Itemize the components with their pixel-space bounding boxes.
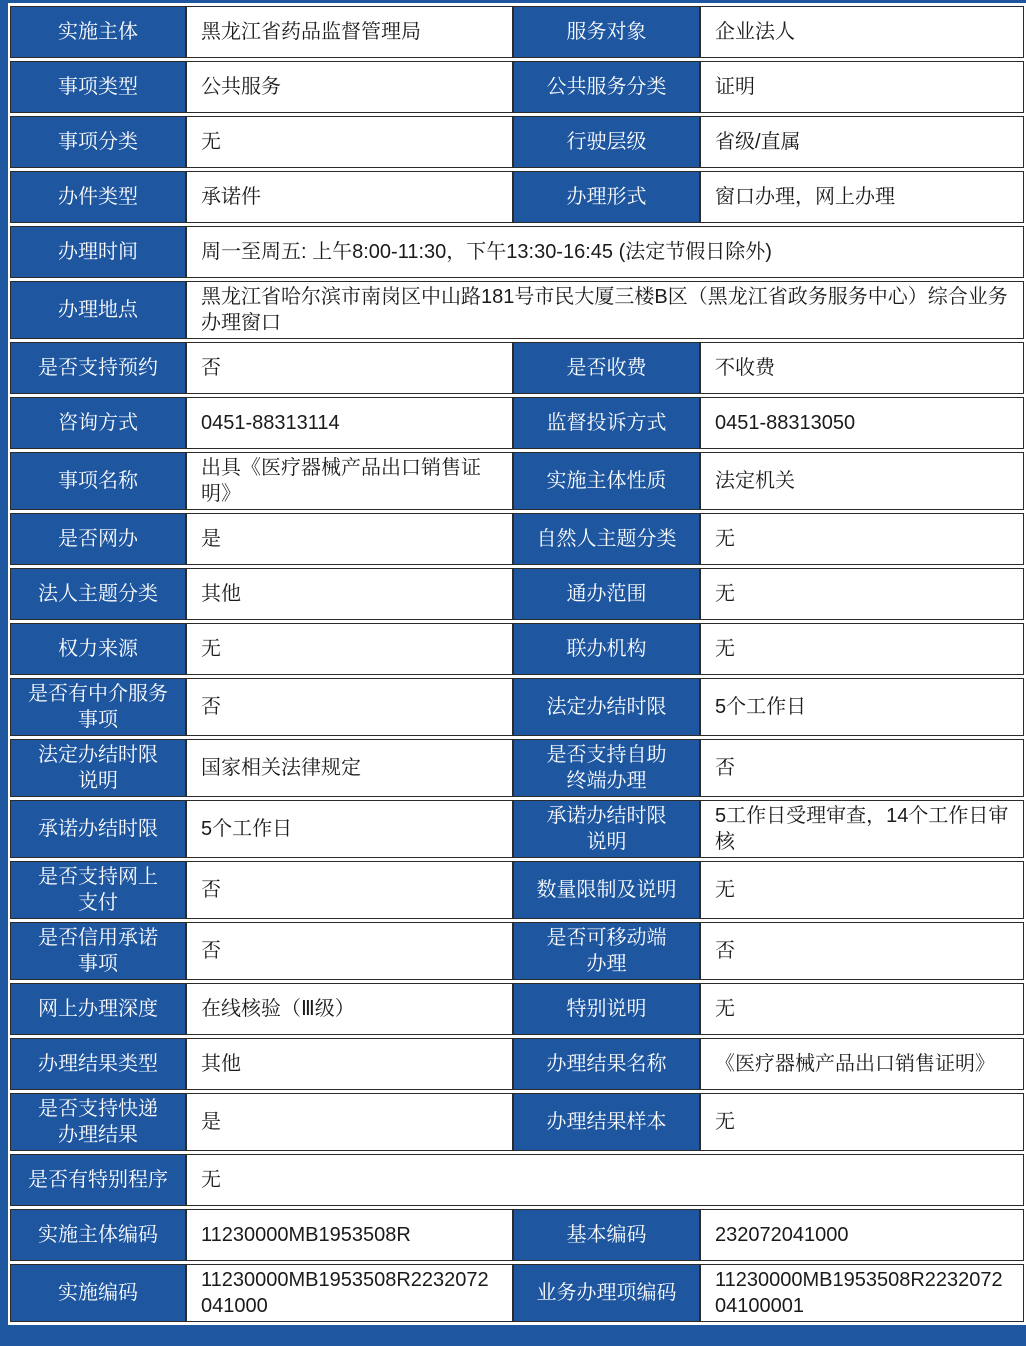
field-label: 咨询方式 [10,397,186,449]
field-value: 5个工作日 [186,800,513,858]
field-label: 办件类型 [10,171,186,223]
field-value: 无 [700,1093,1024,1151]
field-value: 否 [186,922,513,980]
field-label: 自然人主题分类 [513,513,700,565]
field-label: 法定办结时限 [513,678,700,736]
table-row: 是否支持快递 办理结果是办理结果样本无 [10,1093,1024,1151]
field-label: 特别说明 [513,983,700,1035]
table-row: 是否有中介服务 事项否法定办结时限5个工作日 [10,678,1024,736]
field-value: 11230000MB1953508R2232072041000 [186,1264,513,1322]
field-label: 办理结果样本 [513,1093,700,1151]
field-label: 行驶层级 [513,116,700,168]
field-label: 实施主体性质 [513,452,700,510]
field-value: 在线核验（Ⅲ级） [186,983,513,1035]
field-label: 公共服务分类 [513,61,700,113]
field-label: 实施主体编码 [10,1209,186,1261]
table-row: 事项名称出具《医疗器械产品出口销售证明》实施主体性质法定机关 [10,452,1024,510]
field-label: 实施编码 [10,1264,186,1322]
field-value: 11230000MB1953508R [186,1209,513,1261]
table-row: 是否支持预约否是否收费不收费 [10,342,1024,394]
field-value: 省级/直属 [700,116,1024,168]
field-label: 办理结果名称 [513,1038,700,1090]
field-value: 0451-88313114 [186,397,513,449]
field-label: 监督投诉方式 [513,397,700,449]
table-row: 法人主题分类其他通办范围无 [10,568,1024,620]
field-value: 无 [700,513,1024,565]
table-row: 事项类型公共服务公共服务分类证明 [10,61,1024,113]
field-label: 业务办理项编码 [513,1264,700,1322]
field-label: 事项名称 [10,452,186,510]
field-value: 无 [186,623,513,675]
table-row: 办理地点黑龙江省哈尔滨市南岗区中山路181号市民大厦三楼B区（黑龙江省政务服务中… [10,281,1024,339]
field-label: 是否支持自助 终端办理 [513,739,700,797]
field-value: 232072041000 [700,1209,1024,1261]
field-label: 是否有中介服务 事项 [10,678,186,736]
field-label: 是否支持快递 办理结果 [10,1093,186,1151]
field-label: 是否支持预约 [10,342,186,394]
field-value: 其他 [186,1038,513,1090]
field-value: 企业法人 [700,6,1024,58]
field-value: 无 [186,116,513,168]
table-row: 实施编码11230000MB1953508R2232072041000业务办理项… [10,1264,1024,1322]
field-value: 公共服务 [186,61,513,113]
field-label: 基本编码 [513,1209,700,1261]
field-value: 否 [186,678,513,736]
field-value: 承诺件 [186,171,513,223]
table-row: 承诺办结时限5个工作日承诺办结时限 说明5工作日受理审查，14个工作日审核 [10,800,1024,858]
field-label: 实施主体 [10,6,186,58]
field-value: 5工作日受理审查，14个工作日审核 [700,800,1024,858]
field-label: 办理地点 [10,281,186,339]
field-label: 是否收费 [513,342,700,394]
field-label: 数量限制及说明 [513,861,700,919]
field-value: 无 [186,1154,1024,1206]
field-value: 法定机关 [700,452,1024,510]
field-label: 网上办理深度 [10,983,186,1035]
field-value: 否 [700,922,1024,980]
table-row: 是否信用承诺 事项否是否可移动端 办理否 [10,922,1024,980]
field-label: 办理时间 [10,226,186,278]
field-label: 联办机构 [513,623,700,675]
field-label: 法定办结时限 说明 [10,739,186,797]
table-row: 实施主体黑龙江省药品监督管理局服务对象企业法人 [10,6,1024,58]
table-row: 网上办理深度在线核验（Ⅲ级）特别说明无 [10,983,1024,1035]
field-label: 是否支持网上 支付 [10,861,186,919]
table-body: 实施主体黑龙江省药品监督管理局服务对象企业法人事项类型公共服务公共服务分类证明事… [10,6,1024,1322]
field-label: 事项类型 [10,61,186,113]
field-label: 是否网办 [10,513,186,565]
field-value: 周一至周五: 上午8:00-11:30，下午13:30-16:45 (法定节假日… [186,226,1024,278]
table-row: 是否网办是自然人主题分类无 [10,513,1024,565]
table-row: 事项分类无行驶层级省级/直属 [10,116,1024,168]
field-label: 法人主题分类 [10,568,186,620]
field-value: 是 [186,513,513,565]
field-value: 否 [186,861,513,919]
field-label: 办理结果类型 [10,1038,186,1090]
table-row: 是否有特别程序无 [10,1154,1024,1206]
field-value: 无 [700,568,1024,620]
field-label: 办理形式 [513,171,700,223]
field-value: 11230000MB1953508R223207204100001 [700,1264,1024,1322]
field-label: 承诺办结时限 说明 [513,800,700,858]
table-row: 办理结果类型其他办理结果名称《医疗器械产品出口销售证明》 [10,1038,1024,1090]
field-value: 5个工作日 [700,678,1024,736]
field-value: 是 [186,1093,513,1151]
field-value: 0451-88313050 [700,397,1024,449]
table-row: 实施主体编码11230000MB1953508R基本编码232072041000 [10,1209,1024,1261]
field-label: 权力来源 [10,623,186,675]
field-value: 《医疗器械产品出口销售证明》 [700,1038,1024,1090]
field-value: 无 [700,623,1024,675]
field-value: 国家相关法律规定 [186,739,513,797]
field-value: 黑龙江省哈尔滨市南岗区中山路181号市民大厦三楼B区（黑龙江省政务服务中心）综合… [186,281,1024,339]
field-value: 证明 [700,61,1024,113]
table-row: 办理时间周一至周五: 上午8:00-11:30，下午13:30-16:45 (法… [10,226,1024,278]
field-label: 承诺办结时限 [10,800,186,858]
field-value: 无 [700,861,1024,919]
field-value: 否 [186,342,513,394]
table-row: 咨询方式0451-88313114监督投诉方式0451-88313050 [10,397,1024,449]
service-info-table: 实施主体黑龙江省药品监督管理局服务对象企业法人事项类型公共服务公共服务分类证明事… [8,3,1026,1325]
table-row: 法定办结时限 说明国家相关法律规定是否支持自助 终端办理否 [10,739,1024,797]
table-row: 办件类型承诺件办理形式窗口办理，网上办理 [10,171,1024,223]
table-row: 是否支持网上 支付否数量限制及说明无 [10,861,1024,919]
field-label: 服务对象 [513,6,700,58]
field-value: 其他 [186,568,513,620]
page-container: 实施主体黑龙江省药品监督管理局服务对象企业法人事项类型公共服务公共服务分类证明事… [0,0,1026,1329]
field-value: 黑龙江省药品监督管理局 [186,6,513,58]
field-label: 是否有特别程序 [10,1154,186,1206]
field-value: 窗口办理，网上办理 [700,171,1024,223]
field-value: 出具《医疗器械产品出口销售证明》 [186,452,513,510]
field-label: 通办范围 [513,568,700,620]
field-label: 事项分类 [10,116,186,168]
field-value: 不收费 [700,342,1024,394]
table-row: 权力来源无联办机构无 [10,623,1024,675]
field-value: 否 [700,739,1024,797]
field-label: 是否可移动端 办理 [513,922,700,980]
field-value: 无 [700,983,1024,1035]
field-label: 是否信用承诺 事项 [10,922,186,980]
